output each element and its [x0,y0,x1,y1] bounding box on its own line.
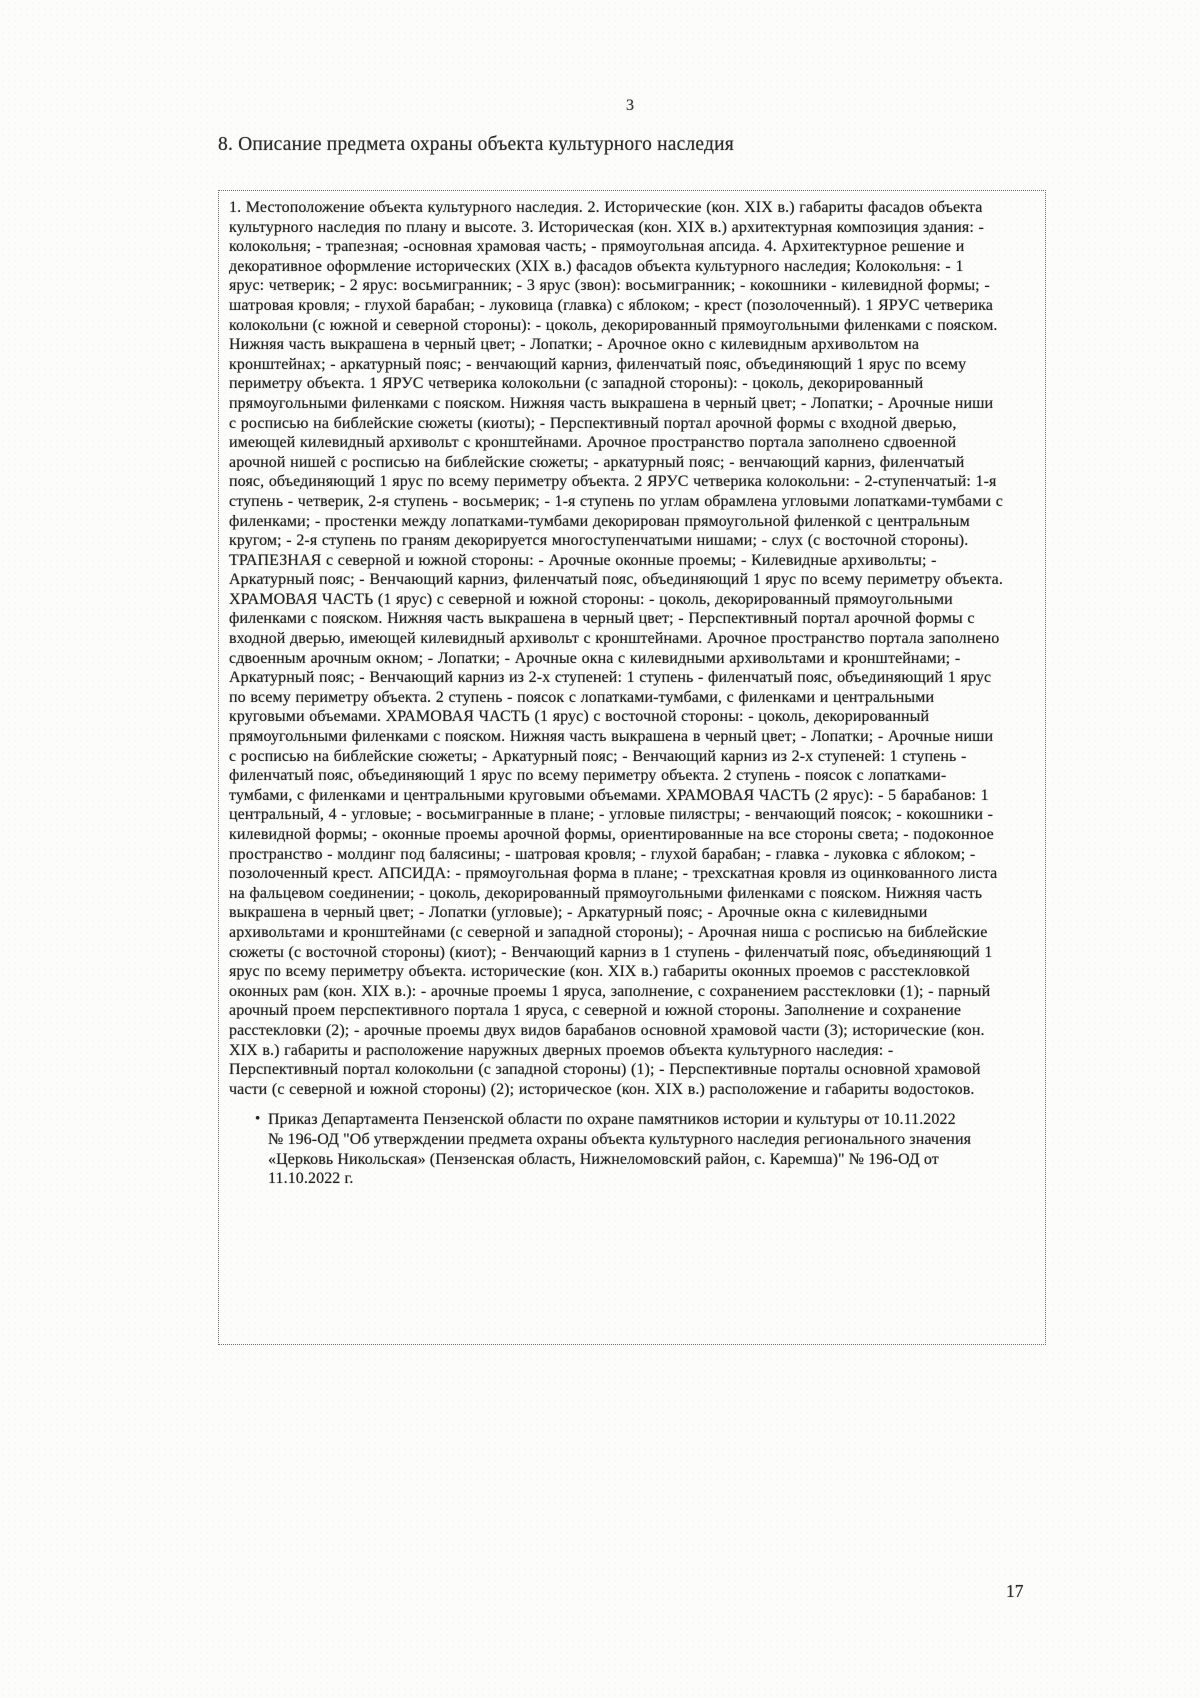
section-heading: 8. Описание предмета охраны объекта куль… [218,134,1038,156]
source-reference-item: • Приказ Департамента Пензенской области… [255,1110,995,1188]
protection-description-box: 1. Местоположение объекта культурного на… [218,190,1046,1345]
page-number-bottom: 17 [1006,1581,1024,1602]
page-number-top: 3 [560,97,700,115]
protection-description-text: 1. Местоположение объекта культурного на… [229,198,1003,1099]
source-reference-text: Приказ Департамента Пензенской области п… [268,1110,973,1188]
bullet-icon: • [255,1110,268,1130]
